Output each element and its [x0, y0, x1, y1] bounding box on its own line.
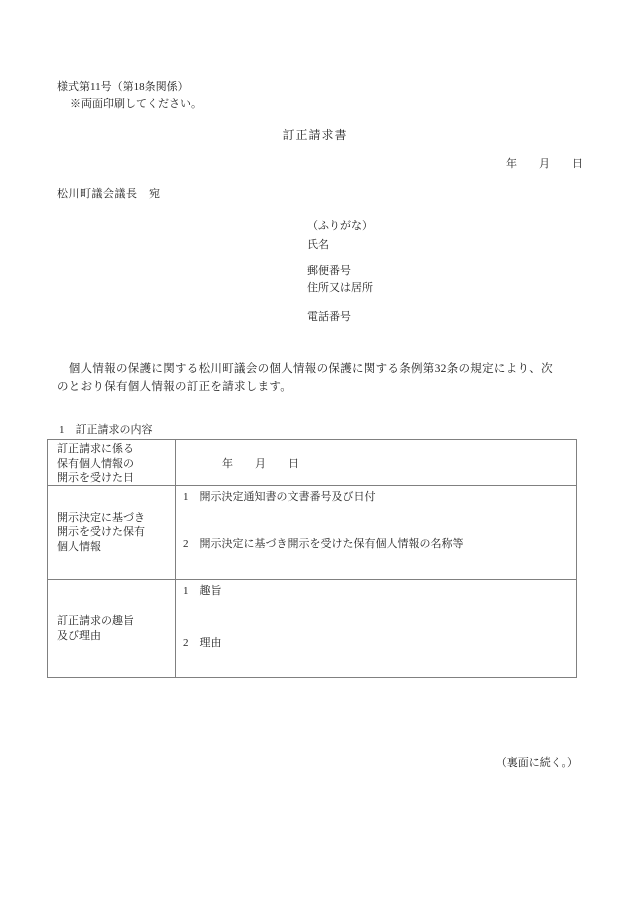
addressee: 松川町議会議長 宛 — [57, 185, 161, 201]
row-content-disclosure-date: 年 月 日 — [176, 440, 576, 485]
item-info-name: 2 開示決定に基づき開示を受けた保有個人情報の名称等 — [183, 537, 566, 552]
item-reason: 2 理由 — [183, 636, 566, 651]
date-line: 年 月 日 — [506, 155, 583, 171]
phone-label: 電話番号 — [307, 309, 567, 326]
address-label: 住所又は居所 — [307, 280, 567, 297]
table-row-disclosed-info: 開示決定に基づき 開示を受けた保有 個人情報 1 開示決定通知書の文書番号及び日… — [48, 486, 576, 580]
document-page: 様式第11号（第18条関係） ※両面印刷してください。 訂正請求書 年 月 日 … — [0, 0, 630, 903]
table-row-purpose-reason: 訂正請求の趣旨 及び理由 1 趣旨 2 理由 — [48, 580, 576, 677]
row-label-disclosed-info: 開示決定に基づき 開示を受けた保有 個人情報 — [48, 486, 176, 579]
correction-request-table: 訂正請求に係る 保有個人情報の 開示を受けた日 年 月 日 開示決定に基づき 開… — [47, 439, 577, 678]
body-text: 個人情報の保護に関する松川町議会の個人情報の保護に関する条例第32条の規定により… — [57, 361, 581, 396]
applicant-block: （ふりがな） 氏名 郵便番号 住所又は居所 電話番号 — [307, 218, 567, 326]
section-heading: 1 訂正請求の内容 — [59, 421, 153, 437]
furigana-label: （ふりがな） — [307, 218, 567, 235]
print-note: ※両面印刷してください。 — [70, 95, 202, 111]
form-number: 様式第11号（第18条関係） — [57, 78, 189, 94]
name-label: 氏名 — [307, 237, 567, 254]
postal-code-label: 郵便番号 — [307, 263, 567, 280]
row-content-disclosed-info: 1 開示決定通知書の文書番号及び日付 2 開示決定に基づき開示を受けた保有個人情… — [176, 486, 576, 579]
row-label-disclosure-date: 訂正請求に係る 保有個人情報の 開示を受けた日 — [48, 440, 176, 485]
row-label-purpose-reason: 訂正請求の趣旨 及び理由 — [48, 580, 176, 677]
document-title: 訂正請求書 — [0, 126, 630, 143]
footer-note: （裏面に続く。） — [496, 754, 578, 770]
row-content-purpose-reason: 1 趣旨 2 理由 — [176, 580, 576, 677]
item-document-number: 1 開示決定通知書の文書番号及び日付 — [183, 490, 566, 505]
table-row-disclosure-date: 訂正請求に係る 保有個人情報の 開示を受けた日 年 月 日 — [48, 440, 576, 486]
item-purpose: 1 趣旨 — [183, 584, 566, 599]
